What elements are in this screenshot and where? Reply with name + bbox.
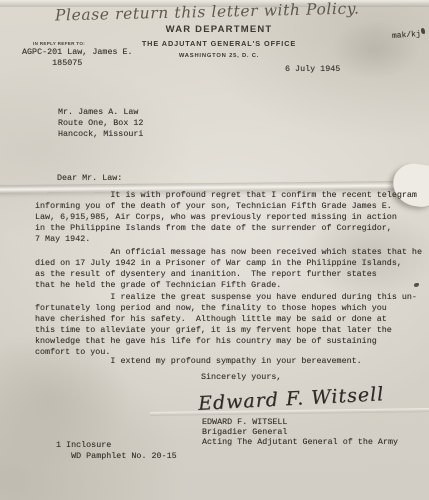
ink-speck — [421, 28, 425, 34]
reply-refer-label: IN REPLY REFER TO: — [33, 41, 85, 46]
enclosure-note: 1 Inclosure WD Pamphlet No. 20-15 — [56, 440, 177, 462]
scanned-letter-page: Please return this letter with Policy. m… — [0, 0, 429, 500]
body-paragraph-3: I realize the great suspense you have en… — [35, 292, 417, 358]
letterhead-office: THE ADJUTANT GENERAL'S OFFICE — [119, 39, 319, 48]
closing: Sincerely yours, — [201, 372, 281, 383]
signer-block: EDWARD F. WITSELL Brigadier General Acti… — [202, 417, 398, 447]
body-paragraph-1: It is with profound regret that I confir… — [35, 190, 417, 245]
letter-date: 6 July 1945 — [285, 64, 340, 75]
letterhead: WAR DEPARTMENT THE ADJUTANT GENERAL'S OF… — [119, 24, 319, 59]
letterhead-city: WASHINGTON 25, D. C. — [119, 53, 319, 59]
salutation: Dear Mr. Law: — [57, 173, 122, 184]
recipient-address: Mr. James A. Law Route One, Box 12 Hanco… — [58, 107, 143, 140]
file-reference: AGPC-201 Law, James E. 185075 — [22, 47, 133, 69]
body-paragraph-2: An official message has now been receive… — [35, 247, 422, 291]
clerk-initials: mak/kj — [392, 29, 422, 42]
letterhead-department: WAR DEPARTMENT — [119, 24, 319, 35]
body-paragraph-4: I extend my profound sympathy in your be… — [35, 356, 362, 367]
